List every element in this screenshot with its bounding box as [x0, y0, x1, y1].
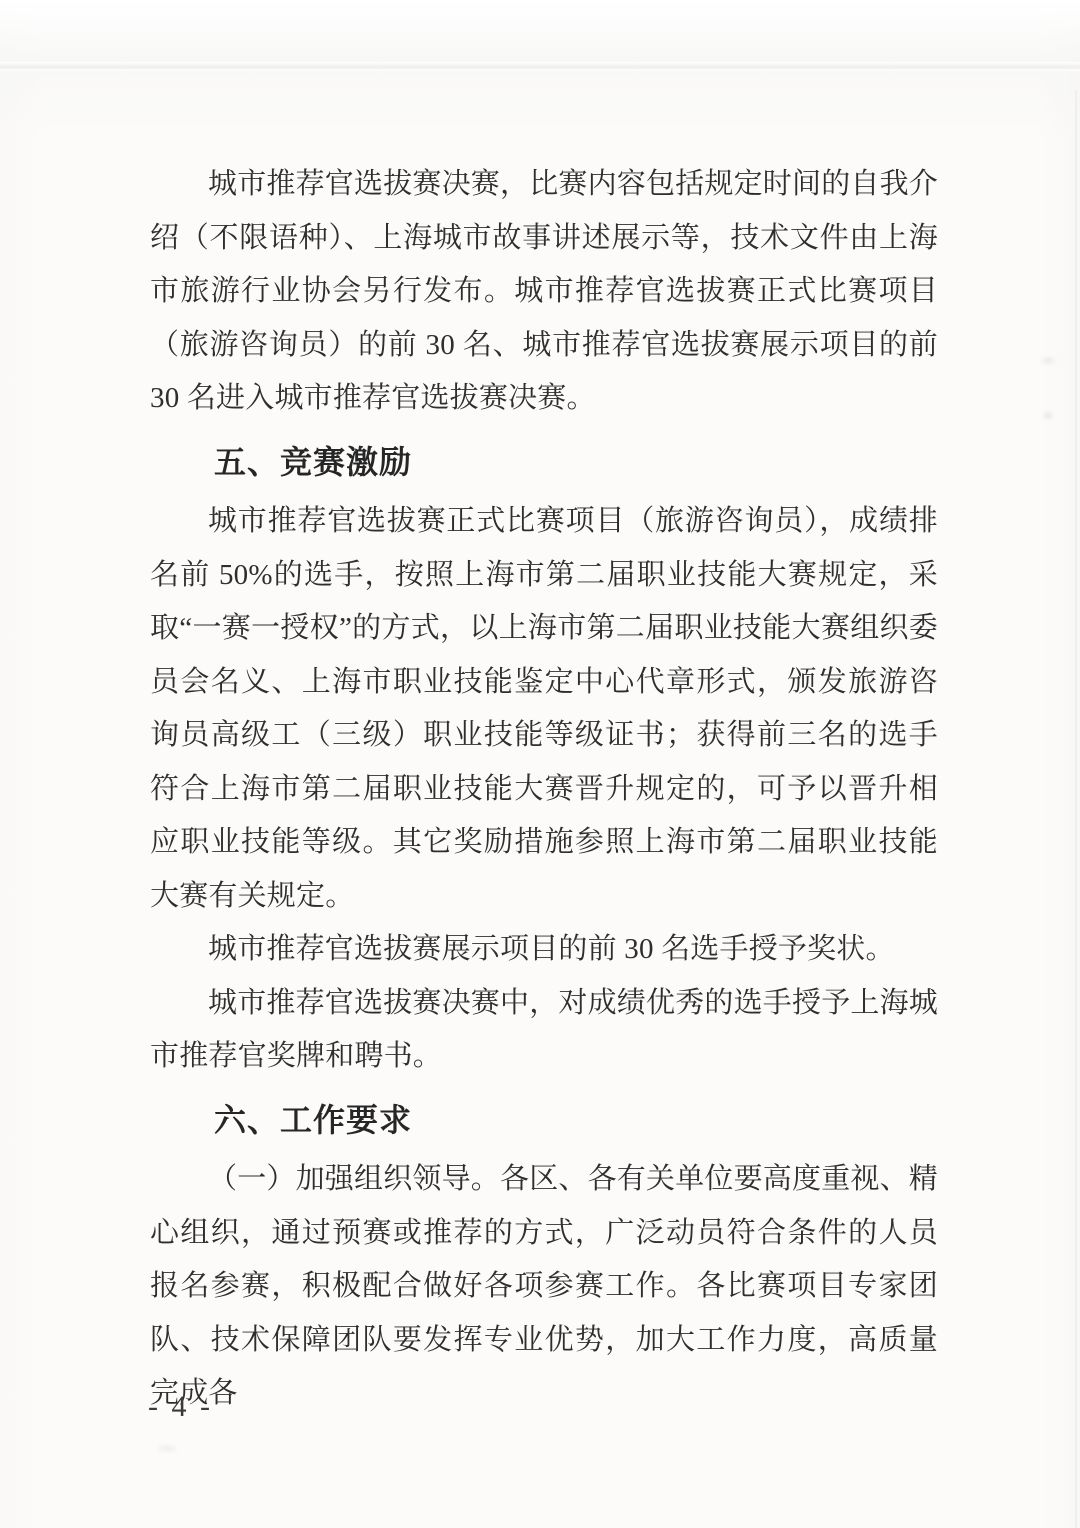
- section-heading-competition-incentives: 五、竞赛激励: [150, 436, 938, 490]
- scan-artifact-line: [0, 62, 1080, 71]
- scan-smudge: [158, 1446, 176, 1451]
- document-body: 城市推荐官选拔赛决赛，比赛内容包括规定时间的自我介绍（不限语种）、上海城市故事讲…: [150, 158, 938, 1421]
- body-paragraph-strengthen-leadership: （一）加强组织领导。各区、各有关单位要高度重视、精心组织，通过预赛或推荐的方式，…: [150, 1153, 938, 1421]
- body-paragraph-final-round: 城市推荐官选拔赛决赛，比赛内容包括规定时间的自我介绍（不限语种）、上海城市故事讲…: [150, 158, 938, 426]
- body-paragraph-exhibition-awards: 城市推荐官选拔赛展示项目的前 30 名选手授予奖状。: [150, 923, 938, 977]
- scan-smudge: [1042, 358, 1054, 363]
- body-paragraph-incentives-detail: 城市推荐官选拔赛正式比赛项目（旅游咨询员），成绩排名前 50%的选手，按照上海市…: [150, 495, 938, 923]
- scan-smudge: [1044, 412, 1052, 419]
- body-paragraph-final-awards: 城市推荐官选拔赛决赛中，对成绩优秀的选手授予上海城市推荐官奖牌和聘书。: [150, 977, 938, 1084]
- scan-artifact-right-edge: [1075, 90, 1077, 1528]
- section-heading-work-requirements: 六、工作要求: [150, 1094, 938, 1148]
- page-number: - 4 -: [148, 1390, 213, 1424]
